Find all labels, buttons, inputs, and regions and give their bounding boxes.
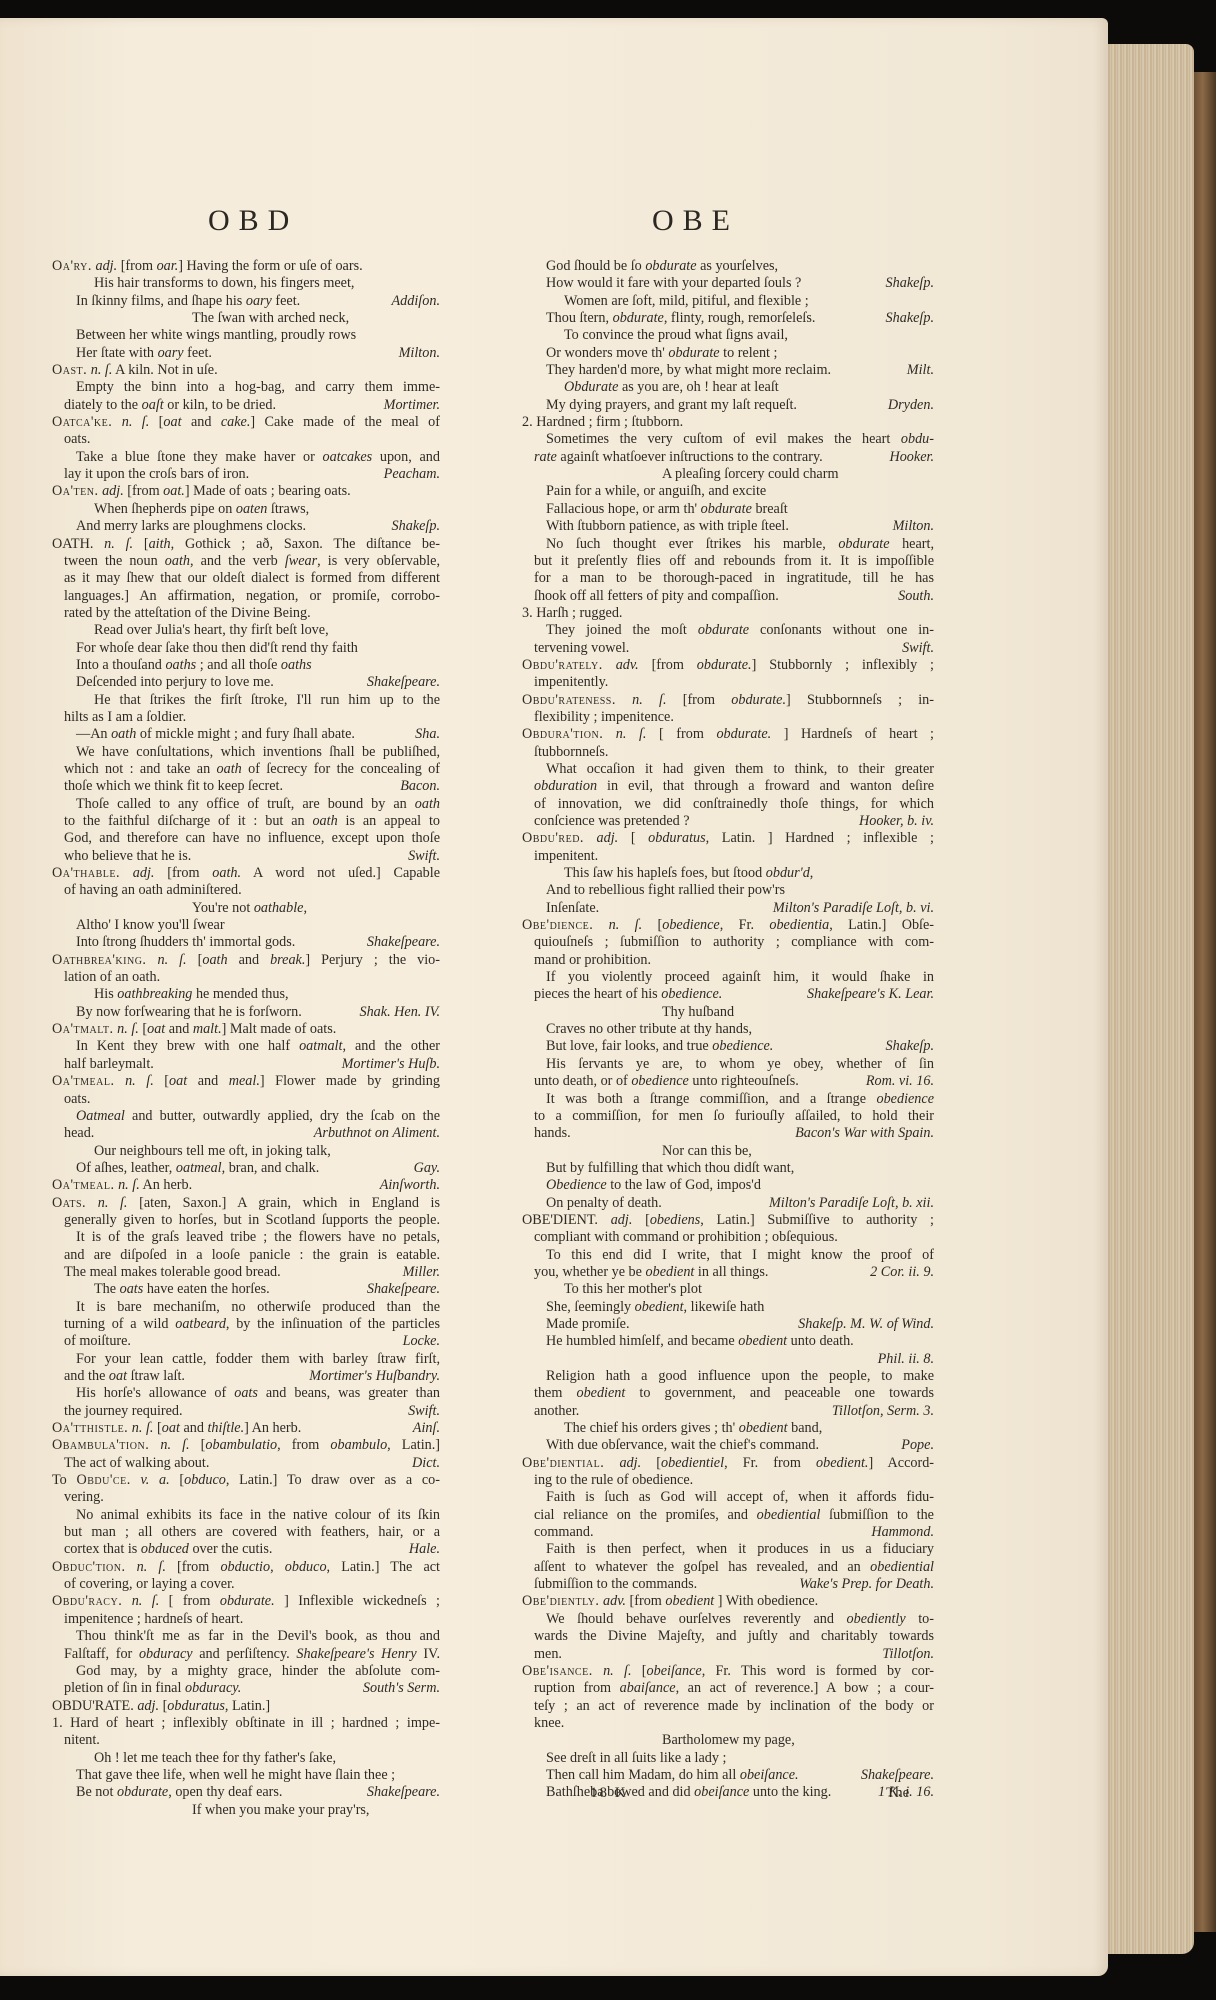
text-line: It is bare mechaniſm, no otherwiſe produ… xyxy=(52,1299,440,1316)
line-text: Thou ſtern, obdurate, flinty, rough, rem… xyxy=(546,310,815,326)
text-line: teſy ; an act of reverence made by incli… xyxy=(522,1698,934,1715)
line-text: ruption from abaiſance, an act of revere… xyxy=(534,1680,934,1696)
text-line: compliant with command or prohibition ; … xyxy=(522,1229,934,1246)
text-line: Phil. ii. 8. xyxy=(522,1351,934,1368)
citation-source: Shakeſpeare. xyxy=(861,1767,934,1784)
line-text: He that ſtrikes the firſt ſtroke, I'll r… xyxy=(94,692,440,708)
text-line: 1. Hard of heart ; inflexibly obſtinate … xyxy=(52,1715,440,1732)
text-line: Obe'diently. adv. [from obedient ] With … xyxy=(522,1593,934,1610)
line-text: unto death, or of obedience unto righteo… xyxy=(534,1073,799,1089)
citation-source: Tillotſon, Serm. 3. xyxy=(832,1403,934,1420)
text-line: His ſervants ye are, to whom ye obey, wh… xyxy=(522,1056,934,1073)
line-text: hilts as I am a ſoldier. xyxy=(64,709,186,725)
line-text: rate againſt whatſoever inſtructions to … xyxy=(534,449,823,465)
line-text: and the oat ſtraw laſt. xyxy=(64,1368,185,1384)
line-text: To convince the proud what ſigns avail, xyxy=(564,327,788,343)
line-text: With ſtubborn patience, as with triple ſ… xyxy=(546,518,789,534)
text-line: Oa'thable. adj. [from oath. A word not u… xyxy=(52,865,440,882)
line-text: Thou think'ſt me as far in the Devil's b… xyxy=(76,1628,440,1644)
line-text: For your lean cattle, fodder them with b… xyxy=(76,1351,440,1367)
text-line: This ſaw his hapleſs foes, but ſtood obd… xyxy=(522,865,934,882)
line-text: 1. Hard of heart ; inflexibly obſtinate … xyxy=(52,1715,440,1731)
text-line: but man ; all others are covered with fe… xyxy=(52,1524,440,1541)
line-text: them obedient to government, and peaceab… xyxy=(534,1385,934,1401)
line-text: cial reliance on the promiſes, and obedi… xyxy=(534,1507,934,1523)
line-text: knee. xyxy=(534,1715,564,1731)
citation-source: South. xyxy=(898,588,934,605)
line-text: My dying prayers, and grant my laſt requ… xyxy=(546,397,797,413)
line-text: Read over Julia's heart, thy firſt beſt … xyxy=(94,622,329,638)
text-line: Bartholomew my page, xyxy=(522,1732,934,1749)
citation-source: Bacon's War with Spain. xyxy=(795,1125,934,1142)
text-line: of having an oath adminiſtered. xyxy=(52,882,440,899)
text-line: command.Hammond. xyxy=(522,1524,934,1541)
line-text: aſſent to whatever the goſpel has reveal… xyxy=(534,1559,934,1575)
line-text: Her ſtate with oary feet. xyxy=(76,345,212,361)
line-text: In Kent they brew with one half oatmalt,… xyxy=(76,1038,440,1054)
citation-source: Shakeſp. xyxy=(886,310,934,327)
text-line: Read over Julia's heart, thy firſt beſt … xyxy=(52,622,440,639)
text-line: Sometimes the very cuſtom of evil makes … xyxy=(522,431,934,448)
text-line: The chief his orders gives ; th' obedien… xyxy=(522,1420,934,1437)
text-line: quiouſneſs ; ſubmiſſion to authority ; c… xyxy=(522,934,934,951)
text-line: Thou think'ſt me as far in the Devil's b… xyxy=(52,1628,440,1645)
text-line: Pain for a while, or anguiſh, and excite xyxy=(522,483,934,500)
text-line: oats. xyxy=(52,1091,440,1108)
text-line: Our neighbours tell me oft, in joking ta… xyxy=(52,1143,440,1160)
text-line: To this end did I write, that I might kn… xyxy=(522,1247,934,1264)
line-text: She, ſeemingly obedient, likewiſe hath xyxy=(546,1299,764,1315)
text-line: Or wonders move th' obdurate to relent ; xyxy=(522,345,934,362)
line-text: He humbled himſelf, and became obedient … xyxy=(546,1333,854,1349)
citation-source: Milt. xyxy=(907,362,934,379)
text-line: rated by the atteſtation of the Divine B… xyxy=(52,605,440,622)
text-line: diately to the oaſt or kiln, to be dried… xyxy=(52,397,440,414)
text-line: Obdurate as you are, oh ! hear at leaſt xyxy=(522,379,934,396)
text-line: Then call him Madam, do him all obeiſanc… xyxy=(522,1767,934,1784)
line-text: ſubmiſſion to the commands. xyxy=(534,1576,697,1592)
line-text: pieces the heart of his obedience. xyxy=(534,986,722,1002)
text-line: aſſent to whatever the goſpel has reveal… xyxy=(522,1559,934,1576)
citation-source: Shakeſp. xyxy=(886,1038,934,1055)
citation-source: Ainſ. xyxy=(413,1420,440,1437)
line-text: See dreſt in all ſuits like a lady ; xyxy=(546,1750,726,1766)
text-line: oats. xyxy=(52,431,440,448)
line-text: 3. Harſh ; rugged. xyxy=(522,605,622,621)
citation-source: South's Serm. xyxy=(363,1680,440,1697)
text-line: By now forſwearing that he is forſworn.S… xyxy=(52,1004,440,1021)
line-text: It is bare mechaniſm, no otherwiſe produ… xyxy=(76,1299,440,1315)
line-text: Faith is ſuch as God will accept of, whe… xyxy=(546,1489,934,1505)
line-text: tween the noun oath, and the verb ſwear,… xyxy=(64,553,440,569)
line-text: —An oath of mickle might ; and fury ſhal… xyxy=(76,726,355,742)
line-text: flexibility ; impenitence. xyxy=(534,709,674,725)
text-line: OATH. n. ſ. [aith, Gothick ; að, Saxon. … xyxy=(52,536,440,553)
line-text: who believe that he is. xyxy=(64,848,191,864)
line-text: men. xyxy=(534,1646,562,1662)
text-line: impenitently. xyxy=(522,674,934,691)
text-line: How would it fare with your departed ſou… xyxy=(522,275,934,292)
line-text: Be not obdurate, open thy deaf ears. xyxy=(76,1784,282,1800)
text-line: Obduc'tion. n. ſ. [from obductio, obduco… xyxy=(52,1559,440,1576)
text-line: turning of a wild oatbeard, by the inſin… xyxy=(52,1316,440,1333)
citation-source: Shakeſp. xyxy=(392,518,440,535)
line-text: God may, by a mighty grace, hinder the a… xyxy=(76,1663,440,1679)
line-text: oats. xyxy=(64,1091,90,1107)
text-line: to a commiſſion, for men ſo furiouſly aſ… xyxy=(522,1108,934,1125)
line-text: Of aſhes, leather, oatmeal, bran, and ch… xyxy=(76,1160,319,1176)
text-line: Between her white wings mantling, proudl… xyxy=(52,327,440,344)
line-text: Deſcended into perjury to love me. xyxy=(76,674,274,690)
text-line: Obdura'tion. n. ſ. [ from obdurate. ] Ha… xyxy=(522,726,934,743)
line-text: impenitently. xyxy=(534,674,608,690)
text-line: We ſhould behave ourſelves reverently an… xyxy=(522,1611,934,1628)
text-line: Craves no other tribute at thy hands, xyxy=(522,1021,934,1038)
line-text: A pleaſing ſorcery could charm xyxy=(662,466,839,482)
text-line: She, ſeemingly obedient, likewiſe hath xyxy=(522,1299,934,1316)
line-text: lay it upon the croſs bars of iron. xyxy=(64,466,249,482)
text-line: The act of walking about.Dict. xyxy=(52,1455,440,1472)
text-line: His horſe's allowance of oats and beans,… xyxy=(52,1385,440,1402)
line-text: We ſhould behave ourſelves reverently an… xyxy=(546,1611,934,1627)
line-text: When ſhepherds pipe on oaten ſtraws, xyxy=(94,501,309,517)
text-line: Obdu'red. adj. [ obduratus, Latin. ] Har… xyxy=(522,830,934,847)
text-line: of moiſture.Locke. xyxy=(52,1333,440,1350)
text-line: God, and therefore can have no influence… xyxy=(52,830,440,847)
line-text: Oa'ry. adj. [from oar.] Having the form … xyxy=(52,258,363,274)
page-edges xyxy=(1104,44,1194,1954)
line-text: ing to the rule of obedience. xyxy=(534,1472,693,1488)
citation-source: Milton's Paradiſe Loſt, b. xii. xyxy=(769,1195,934,1212)
right-column: God ſhould be ſo obdurate as yourſelves,… xyxy=(522,258,934,1802)
text-line: Thy huſband xyxy=(522,1004,934,1021)
text-line: 2. Hardned ; firm ; ſtubborn. xyxy=(522,414,934,431)
line-text: nitent. xyxy=(64,1732,100,1748)
citation-source: Milton. xyxy=(399,345,440,362)
text-line: Empty the binn into a hog-bag, and carry… xyxy=(52,379,440,396)
text-line: For your lean cattle, fodder them with b… xyxy=(52,1351,440,1368)
line-text: Oa'tmeal. n. ſ. [oat and meal.] Flower m… xyxy=(52,1073,440,1089)
text-line: as it may ſhew that our oldeſt dialect i… xyxy=(52,570,440,587)
text-line: In Kent they brew with one half oatmalt,… xyxy=(52,1038,440,1055)
line-text: What occaſion it had given them to think… xyxy=(546,761,934,777)
line-text: teſy ; an act of reverence made by incli… xyxy=(534,1698,934,1714)
text-line: ſhook off all fetters of pity and compaſ… xyxy=(522,588,934,605)
text-line: Oats. n. ſ. [aten, Saxon.] A grain, whic… xyxy=(52,1195,440,1212)
line-text: turning of a wild oatbeard, by the inſin… xyxy=(64,1316,440,1332)
catchword: The xyxy=(886,1785,909,1802)
text-line: God may, by a mighty grace, hinder the a… xyxy=(52,1663,440,1680)
text-line: To Obdu'ce. v. a. [obduco, Latin.] To dr… xyxy=(52,1472,440,1489)
text-line: and are diſpoſed in a looſe panicle : th… xyxy=(52,1247,440,1264)
text-line: To convince the proud what ſigns avail, xyxy=(522,327,934,344)
text-line: The oats have eaten the horſes.Shakeſpea… xyxy=(52,1281,440,1298)
line-text: The chief his orders gives ; th' obedien… xyxy=(564,1420,822,1436)
text-line: Deſcended into perjury to love me.Shakeſ… xyxy=(52,674,440,691)
citation-source: Bacon. xyxy=(400,778,440,795)
text-line: of covering, or laying a cover. xyxy=(52,1576,440,1593)
text-line: to the faithful diſcharge of it : but an… xyxy=(52,813,440,830)
text-line: Oa'ten. adj. [from oat.] Made of oats ; … xyxy=(52,483,440,500)
line-text: OBDU'RATE. adj. [obduratus, Latin.] xyxy=(52,1698,270,1714)
citation-source: Locke. xyxy=(403,1333,440,1350)
line-text: pletion of ſin in final obduracy. xyxy=(64,1680,241,1696)
citation-source: Wake's Prep. for Death. xyxy=(799,1576,934,1593)
citation-source: Hammond. xyxy=(871,1524,934,1541)
line-text: No animal exhibits its face in the nativ… xyxy=(76,1507,440,1523)
line-text: OATH. n. ſ. [aith, Gothick ; að, Saxon. … xyxy=(52,536,440,552)
text-line: You're not oathable, xyxy=(52,900,440,917)
line-text: And merry larks are ploughmens clocks. xyxy=(76,518,306,534)
text-line: mand or prohibition. xyxy=(522,952,934,969)
text-line: We have conſultations, which inventions … xyxy=(52,744,440,761)
text-line: another.Tillotſon, Serm. 3. xyxy=(522,1403,934,1420)
dictionary-page: OBD OBE Oa'ry. adj. [from oar.] Having t… xyxy=(0,18,1108,1976)
line-text: but man ; all others are covered with fe… xyxy=(64,1524,440,1540)
text-line: And to rebellious fight rallied their po… xyxy=(522,882,934,899)
text-line: In ſkinny films, and ſhape his oary feet… xyxy=(52,293,440,310)
line-text: His horſe's allowance of oats and beans,… xyxy=(76,1385,440,1401)
text-line: obduration in evil, that through a frowa… xyxy=(522,778,934,795)
text-line: Oathbrea'king. n. ſ. [oath and break.] P… xyxy=(52,952,440,969)
text-line: On penalty of death.Milton's Paradiſe Lo… xyxy=(522,1195,934,1212)
text-line: OBE'DIENT. adj. [obediens, Latin.] Submi… xyxy=(522,1212,934,1229)
text-line: ruption from abaiſance, an act of revere… xyxy=(522,1680,934,1697)
line-text: Oatmeal and butter, outwardly applied, d… xyxy=(76,1108,440,1124)
text-line: pletion of ſin in final obduracy.South's… xyxy=(52,1680,440,1697)
text-line: lay it upon the croſs bars of iron.Peach… xyxy=(52,466,440,483)
line-text: Or wonders move th' obdurate to relent ; xyxy=(546,345,778,361)
line-text: In ſkinny films, and ſhape his oary feet… xyxy=(76,293,300,309)
line-text: you, whether ye be obedient in all thing… xyxy=(534,1264,768,1280)
line-text: Obambula'tion. n. ſ. [obambulatio, from … xyxy=(52,1437,440,1453)
text-line: Made promiſe.Shakeſp. M. W. of Wind. xyxy=(522,1316,934,1333)
line-text: No ſuch thought ever ſtrikes his marble,… xyxy=(546,536,934,552)
line-text: Then call him Madam, do him all obeiſanc… xyxy=(546,1767,799,1783)
text-line: of innovation, we did conſtrainedly thoſ… xyxy=(522,796,934,813)
text-line: But love, fair looks, and true obedience… xyxy=(522,1038,934,1055)
line-text: of innovation, we did conſtrainedly thoſ… xyxy=(534,796,934,812)
text-line: but it preſently flies off and rebounds … xyxy=(522,553,934,570)
line-text: Obe'diently. adv. [from obedient ] With … xyxy=(522,1593,818,1609)
line-text: ſhook off all fetters of pity and compaſ… xyxy=(534,588,779,604)
line-text: command. xyxy=(534,1524,594,1540)
text-line: If when you make your pray'rs, xyxy=(52,1802,440,1819)
line-text: mand or prohibition. xyxy=(534,952,651,968)
text-line: Bathſheba bowed and did obeiſance unto t… xyxy=(522,1784,934,1801)
citation-source: Tillotſon. xyxy=(882,1646,934,1663)
text-line: impenitence ; hardneſs of heart. xyxy=(52,1611,440,1628)
text-line: My dying prayers, and grant my laſt requ… xyxy=(522,397,934,414)
text-line: —An oath of mickle might ; and fury ſhal… xyxy=(52,726,440,743)
line-text: How would it fare with your departed ſou… xyxy=(546,275,801,291)
text-line: Women are ſoft, mild, pitiful, and flexi… xyxy=(522,293,934,310)
citation-source: Swift. xyxy=(902,640,934,657)
text-line: head.Arbuthnot on Aliment. xyxy=(52,1125,440,1142)
text-line: Thou ſtern, obdurate, flinty, rough, rem… xyxy=(522,310,934,327)
text-line: He humbled himſelf, and became obedient … xyxy=(522,1333,934,1350)
text-line: Nor can this be, xyxy=(522,1143,934,1160)
line-text: Obe'isance. n. ſ. [obeiſance, Fr. This w… xyxy=(522,1663,934,1679)
text-line: His oathbreaking he mended thus, xyxy=(52,986,440,1003)
line-text: Between her white wings mantling, proudl… xyxy=(76,327,356,343)
text-line: impenitent. xyxy=(522,848,934,865)
text-line: For whoſe dear ſake thou then did'ſt ren… xyxy=(52,640,440,657)
text-line: Her ſtate with oary feet.Milton. xyxy=(52,345,440,362)
line-text: They harden'd more, by what might more r… xyxy=(546,362,831,378)
line-text: Obdu'rateness. n. ſ. [from obdurate.] St… xyxy=(522,692,934,708)
line-text: It is of the graſs leaved tribe ; the fl… xyxy=(76,1229,440,1245)
citation-source: Swift. xyxy=(408,1403,440,1420)
text-line: nitent. xyxy=(52,1732,440,1749)
citation-source: Ainſworth. xyxy=(380,1177,440,1194)
line-text: OBE'DIENT. adj. [obediens, Latin.] Submi… xyxy=(522,1212,934,1228)
line-text: Obe'dience. n. ſ. [obedience, Fr. obedie… xyxy=(522,917,934,933)
text-line: When ſhepherds pipe on oaten ſtraws, xyxy=(52,501,440,518)
line-text: You're not oathable, xyxy=(192,900,307,916)
text-line: Obedience to the law of God, impos'd xyxy=(522,1177,934,1194)
line-text: rated by the atteſtation of the Divine B… xyxy=(64,605,311,621)
line-text: diately to the oaſt or kiln, to be dried… xyxy=(64,397,276,413)
line-text: To this her mother's plot xyxy=(564,1281,702,1297)
text-line: Oh ! let me teach thee for thy father's … xyxy=(52,1750,440,1767)
line-text: the journey required. xyxy=(64,1403,183,1419)
text-line: The meal makes tolerable good bread.Mill… xyxy=(52,1264,440,1281)
line-text: We have conſultations, which inventions … xyxy=(76,744,440,760)
line-text: Obdu'racy. n. ſ. [ from obdurate. ] Infl… xyxy=(52,1593,440,1609)
line-text: His oathbreaking he mended thus, xyxy=(94,986,289,1002)
line-text: head. xyxy=(64,1125,94,1141)
text-line: To this her mother's plot xyxy=(522,1281,934,1298)
text-line: for a man to be thorough-paced in ingrat… xyxy=(522,570,934,587)
text-line: and the oat ſtraw laſt.Mortimer's Huſban… xyxy=(52,1368,440,1385)
line-text: Nor can this be, xyxy=(662,1143,752,1159)
text-line: Obe'isance. n. ſ. [obeiſance, Fr. This w… xyxy=(522,1663,934,1680)
line-text: conſcience was pretended ? xyxy=(534,813,690,829)
text-line: His hair transforms to down, his fingers… xyxy=(52,275,440,292)
text-line: Altho' I know you'll ſwear xyxy=(52,917,440,934)
text-line: No ſuch thought ever ſtrikes his marble,… xyxy=(522,536,934,553)
line-text: to a commiſſion, for men ſo furiouſly aſ… xyxy=(534,1108,934,1124)
text-line: And merry larks are ploughmens clocks.Sh… xyxy=(52,518,440,535)
text-line: which not : and take an oath of ſecrecy … xyxy=(52,761,440,778)
citation-source: Swift. xyxy=(408,848,440,865)
text-line: Oatmeal and butter, outwardly applied, d… xyxy=(52,1108,440,1125)
line-text: wards the Divine Majeſty, and juſtly and… xyxy=(534,1628,934,1644)
line-text: Oast. n. ſ. A kiln. Not in uſe. xyxy=(52,362,218,378)
text-line: hands.Bacon's War with Spain. xyxy=(522,1125,934,1142)
text-line: cial reliance on the promiſes, and obedi… xyxy=(522,1507,934,1524)
citation-source: Shakeſpeare. xyxy=(367,1281,440,1298)
citation-source: Shakeſp. M. W. of Wind. xyxy=(798,1316,934,1333)
running-head-right: OBE xyxy=(652,204,739,238)
text-line: What occaſion it had given them to think… xyxy=(522,761,934,778)
citation-source: Miller. xyxy=(403,1264,440,1281)
line-text: By now forſwearing that he is forſworn. xyxy=(76,1004,302,1020)
line-text: Thy huſband xyxy=(662,1004,734,1020)
text-line: That gave thee life, when well he might … xyxy=(52,1767,440,1784)
line-text: impenitent. xyxy=(534,848,598,864)
text-line: They harden'd more, by what might more r… xyxy=(522,362,934,379)
citation-source: Shakeſpeare. xyxy=(367,1784,440,1801)
citation-source: Hale. xyxy=(409,1541,440,1558)
line-text: But by fulfilling that which thou didſt … xyxy=(546,1160,794,1176)
citation-source: 2 Cor. ii. 9. xyxy=(870,1264,934,1281)
line-text: Oatca'ke. n. ſ. [oat and cake.] Cake mad… xyxy=(52,414,440,430)
line-text: Sometimes the very cuſtom of evil makes … xyxy=(546,431,934,447)
text-line: A pleaſing ſorcery could charm xyxy=(522,466,934,483)
line-text: for a man to be thorough-paced in ingrat… xyxy=(534,570,934,586)
text-line: No animal exhibits its face in the nativ… xyxy=(52,1507,440,1524)
text-line: knee. xyxy=(522,1715,934,1732)
line-text: Oa'ten. adj. [from oat.] Made of oats ; … xyxy=(52,483,351,499)
text-line: unto death, or of obedience unto righteo… xyxy=(522,1073,934,1090)
line-text: quiouſneſs ; ſubmiſſion to authority ; c… xyxy=(534,934,934,950)
text-line: Into ſtrong ſhudders th' immortal gods.S… xyxy=(52,934,440,951)
text-line: wards the Divine Majeſty, and juſtly and… xyxy=(522,1628,934,1645)
line-text: On penalty of death. xyxy=(546,1195,662,1211)
text-line: Oast. n. ſ. A kiln. Not in uſe. xyxy=(52,362,440,379)
text-line: With due obſervance, wait the chief's co… xyxy=(522,1437,934,1454)
text-line: Of aſhes, leather, oatmeal, bran, and ch… xyxy=(52,1160,440,1177)
line-text: Our neighbours tell me oft, in joking ta… xyxy=(94,1143,331,1159)
line-text: compliant with command or prohibition ; … xyxy=(534,1229,838,1245)
text-line: It is of the graſs leaved tribe ; the fl… xyxy=(52,1229,440,1246)
line-text: Oa'thable. adj. [from oath. A word not u… xyxy=(52,865,440,881)
text-line: The ſwan with arched neck, xyxy=(52,310,440,327)
text-line: Oa'tthistle. n. ſ. [oat and thiſtle.] An… xyxy=(52,1420,440,1437)
text-line: Fallacious hope, or arm th' obdurate bre… xyxy=(522,501,934,518)
line-text: generally given to horſes, but in Scotla… xyxy=(64,1212,440,1228)
text-line: men.Tillotſon. xyxy=(522,1646,934,1663)
text-line: Obdu'racy. n. ſ. [ from obdurate. ] Infl… xyxy=(52,1593,440,1610)
text-line: pieces the heart of his obedience.Shakeſ… xyxy=(522,986,934,1003)
text-line: ſubmiſſion to the commands.Wake's Prep. … xyxy=(522,1576,934,1593)
text-line: ſtubbornneſs. xyxy=(522,744,934,761)
text-line: Oa'tmeal. n. ſ. [oat and meal.] Flower m… xyxy=(52,1073,440,1090)
text-line: Oa'tmalt. n. ſ. [oat and malt.] Malt mad… xyxy=(52,1021,440,1038)
line-text: Empty the binn into a hog-bag, and carry… xyxy=(76,379,440,395)
text-line: languages.] An affirmation, negation, or… xyxy=(52,588,440,605)
line-text: Inſenſate. xyxy=(546,900,599,916)
text-line: Into a thouſand oaths ; and all thoſe oa… xyxy=(52,657,440,674)
text-line: See dreſt in all ſuits like a lady ; xyxy=(522,1750,934,1767)
line-text: ſtubbornneſs. xyxy=(534,744,608,760)
line-text: Made promiſe. xyxy=(546,1316,630,1332)
line-text: Oa'tmeal. n. ſ. An herb. xyxy=(52,1177,192,1193)
line-text: If you violently proceed againſt him, it… xyxy=(546,969,934,985)
text-line: God ſhould be ſo obdurate as yourſelves, xyxy=(522,258,934,275)
line-text: Obdu'rately. adv. [from obdurate.] Stubb… xyxy=(522,657,934,673)
line-text: Into ſtrong ſhudders th' immortal gods. xyxy=(76,934,295,950)
line-text: His hair transforms to down, his fingers… xyxy=(94,275,354,291)
line-text: lation of an oath. xyxy=(64,969,160,985)
text-line: Oa'tmeal. n. ſ. An herb.Ainſworth. xyxy=(52,1177,440,1194)
line-text: And to rebellious fight rallied their po… xyxy=(546,882,785,898)
left-column: Oa'ry. adj. [from oar.] Having the form … xyxy=(52,258,440,1819)
line-text: Religion hath a good influence upon the … xyxy=(546,1368,934,1384)
line-text: and are diſpoſed in a looſe panicle : th… xyxy=(64,1247,440,1263)
line-text: Oats. n. ſ. [aten, Saxon.] A grain, whic… xyxy=(52,1195,440,1211)
citation-source: Sha. xyxy=(415,726,440,743)
text-line: Falſtaff, for obduracy and perſiſtency. … xyxy=(52,1646,440,1663)
line-text: Oa'tmalt. n. ſ. [oat and malt.] Malt mad… xyxy=(52,1021,336,1037)
text-line: 3. Harſh ; rugged. xyxy=(522,605,934,622)
text-line: tween the noun oath, and the verb ſwear,… xyxy=(52,553,440,570)
citation-source: Shakeſpeare. xyxy=(367,674,440,691)
line-text: To Obdu'ce. v. a. [obduco, Latin.] To dr… xyxy=(52,1472,440,1488)
line-text: another. xyxy=(534,1403,579,1419)
